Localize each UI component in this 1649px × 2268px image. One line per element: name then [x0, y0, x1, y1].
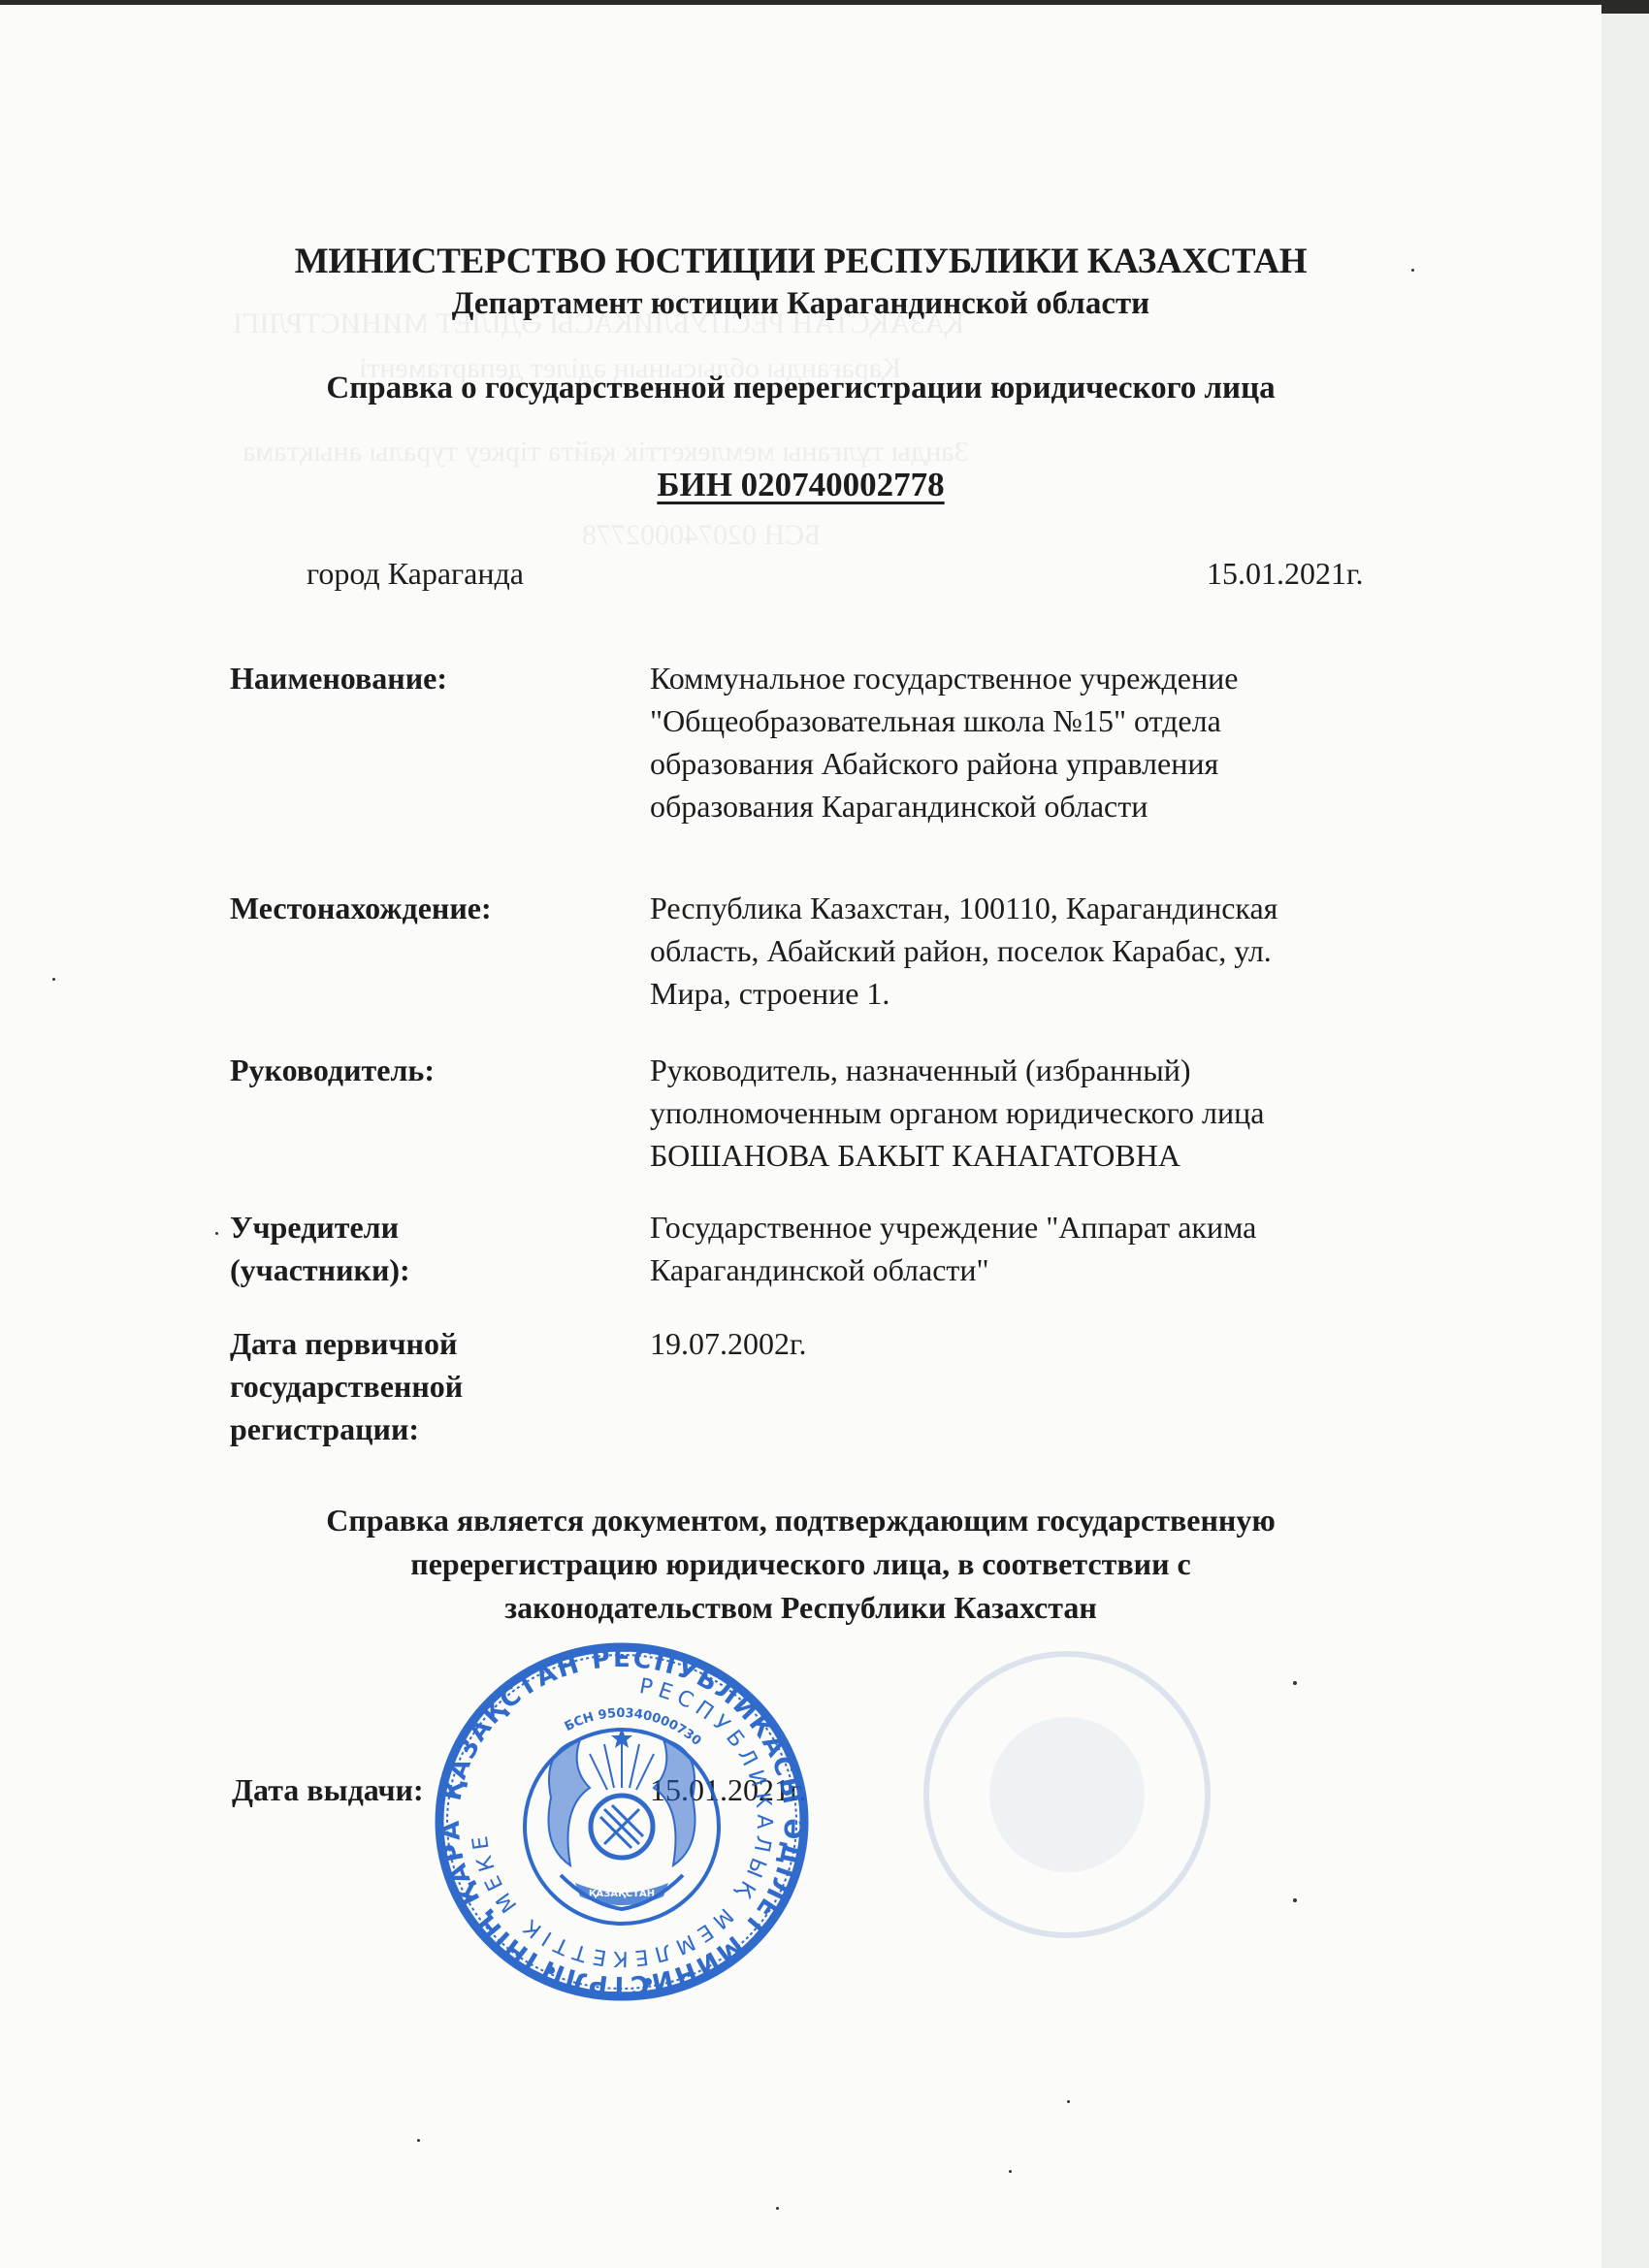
city: город Караганда [307, 556, 524, 592]
label-line: Учредители [230, 1206, 637, 1248]
bleed-through-text: Заңды тұлғаны мемлекеттік қайта тіркеу т… [242, 436, 969, 469]
document-title: Справка о государственной перерегистраци… [0, 371, 1601, 406]
statement-line: перерегистрацию юридического лица, в соо… [0, 1542, 1601, 1586]
scan-speck [1293, 1898, 1297, 1902]
ghost-stamp-icon [921, 1639, 1222, 1950]
statement-line: законодательством Республики Казахстан [0, 1586, 1601, 1630]
scan-speck [417, 2139, 420, 2142]
field-value: Государственное учреждение "Аппарат аким… [650, 1206, 1503, 1291]
field-label: Дата первичной государственной регистрац… [230, 1322, 637, 1450]
bin-number: БИН 020740002778 [0, 466, 1601, 504]
label-line: Дата первичной [230, 1322, 637, 1365]
label-line: регистрации: [230, 1408, 637, 1450]
value-line: Руководитель, назначенный (избранный) [650, 1049, 1503, 1091]
statement-paragraph: Справка является документом, подтверждаю… [0, 1499, 1601, 1630]
svg-text:БСН 950340000730: БСН 950340000730 [563, 1706, 704, 1749]
scan-top-right-edge [1601, 0, 1649, 14]
department-heading: Департамент юстиции Карагандинской облас… [0, 286, 1601, 322]
value-line: "Общеобразовательная школа №15" отдела [650, 699, 1503, 742]
scan-speck [776, 2207, 779, 2210]
document-date: 15.01.2021г. [1207, 556, 1364, 592]
scan-speck [52, 978, 55, 981]
bin-text: БИН 020740002778 [657, 466, 944, 503]
value-line: Коммунальное государственное учреждение [650, 657, 1503, 699]
value-line: область, Абайский район, поселок Карабас… [650, 929, 1503, 972]
value-line: образования Карагандинской области [650, 785, 1503, 827]
value-line: образования Абайского района управления [650, 742, 1503, 785]
scan-right-margin [1601, 14, 1649, 2268]
field-label: Руководитель: [230, 1049, 637, 1091]
field-value: Коммунальное государственное учреждение … [650, 657, 1503, 827]
field-value: Руководитель, назначенный (избранный) уп… [650, 1049, 1503, 1177]
statement-line: Справка является документом, подтверждаю… [0, 1499, 1601, 1542]
scan-speck [1009, 2170, 1012, 2173]
bleed-through-text: БСН 020740002778 [582, 519, 821, 552]
value-line: БОШАНОВА БАКЫТ КАНАГАТОВНА [650, 1134, 1503, 1177]
field-value: 19.07.2002г. [650, 1322, 1503, 1365]
field-label: Местонахождение: [230, 887, 637, 929]
field-label: Учредители (участники): [230, 1206, 637, 1291]
scan-speck [1067, 2100, 1070, 2103]
document-page: ҚАЗАҚСТАН РЕСПУБЛИКАСЫ ӘДІЛЕТ МИНИСТРЛІГ… [0, 5, 1601, 2268]
value-line: уполномоченным органом юридического лица [650, 1091, 1503, 1134]
scan-speck [1293, 1681, 1297, 1685]
value-line: Мира, строение 1. [650, 972, 1503, 1015]
ministry-heading: МИНИСТЕРСТВО ЮСТИЦИИ РЕСПУБЛИКИ КАЗАХСТА… [0, 241, 1601, 282]
field-label: Наименование: [230, 657, 637, 699]
value-line: Карагандинской области" [650, 1248, 1503, 1291]
value-line: 19.07.2002г. [650, 1322, 1503, 1365]
scan-speck [1411, 269, 1414, 272]
label-line: государственной [230, 1365, 637, 1408]
scan-speck [215, 1232, 218, 1235]
official-stamp-icon: ҚАЗАҚСТАН РЕСПУБЛИКАСЫ ӘДІЛЕТ МИНИСТРЛІГ… [435, 1642, 809, 2001]
issue-date-label: Дата выдачи: [232, 1772, 424, 1808]
value-line: Республика Казахстан, 100110, Карагандин… [650, 887, 1503, 929]
label-line: (участники): [230, 1248, 637, 1291]
field-value: Республика Казахстан, 100110, Карагандин… [650, 887, 1503, 1015]
value-line: Государственное учреждение "Аппарат аким… [650, 1206, 1503, 1248]
svg-text:ҚАЗАҚСТАН: ҚАЗАҚСТАН [589, 1889, 655, 1899]
